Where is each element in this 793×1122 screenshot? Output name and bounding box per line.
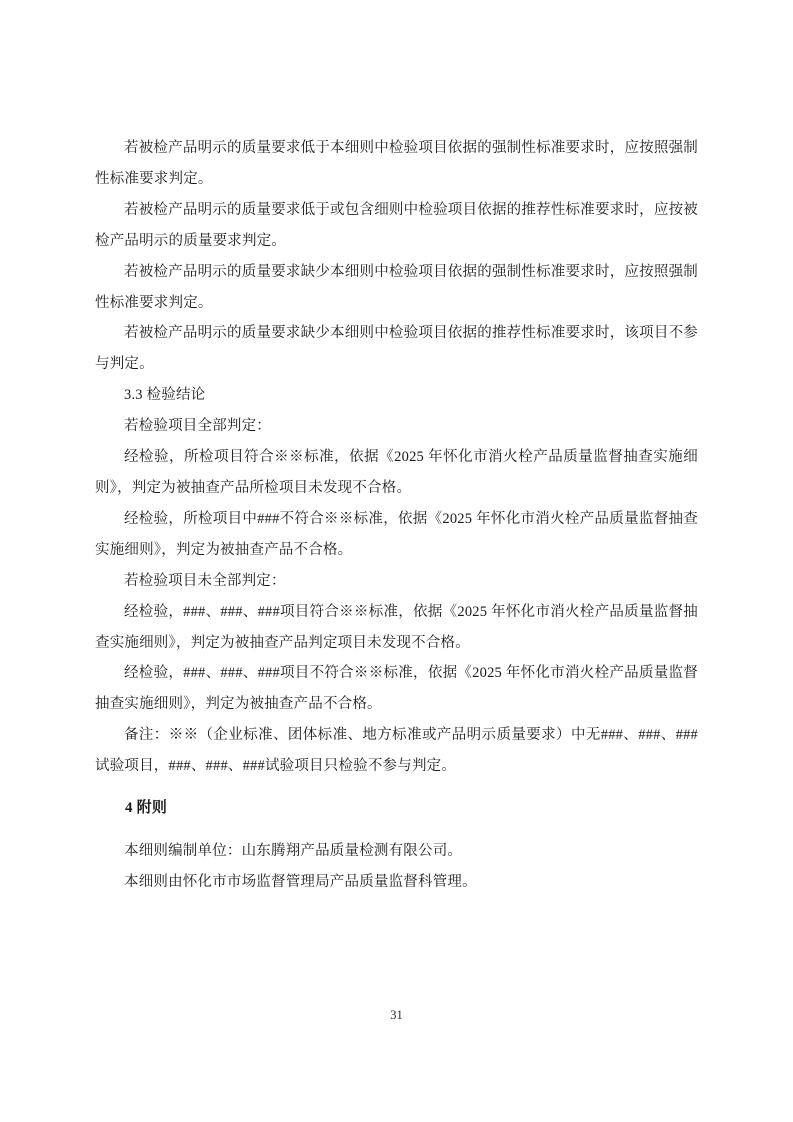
rule-paragraph-recommended-lower: 若被检产品明示的质量要求低于或包含细则中检验项目依据的推荐性标准要求时，应按被检… [95, 195, 698, 257]
document-body: 若被检产品明示的质量要求低于本细则中检验项目依据的强制性标准要求时，应按照强制性… [95, 133, 698, 898]
conclusion-remark: 备注：※※（企业标准、团体标准、地方标准或产品明示质量要求）中无###、###、… [95, 720, 698, 782]
compiler-unit-paragraph: 本细则编制单位：山东腾翔产品质量检测有限公司。 [95, 836, 698, 867]
section-3-3-heading: 3.3 检验结论 [95, 380, 698, 411]
page-number: 31 [0, 1008, 793, 1023]
rule-paragraph-recommended-missing: 若被检产品明示的质量要求缺少本细则中检验项目依据的推荐性标准要求时，该项目不参与… [95, 318, 698, 380]
management-unit-paragraph: 本细则由怀化市市场监督管理局产品质量监督科管理。 [95, 867, 698, 898]
conclusion-fail-statement: 经检验，所检项目中###不符合※※标准，依据《2025 年怀化市消火栓产品质量监… [95, 504, 698, 566]
document-page: 若被检产品明示的质量要求低于本细则中检验项目依据的强制性标准要求时，应按照强制性… [0, 0, 793, 1122]
rule-paragraph-mandatory-missing: 若被检产品明示的质量要求缺少本细则中检验项目依据的强制性标准要求时，应按照强制性… [95, 257, 698, 319]
conclusion-all-judged-intro: 若检验项目全部判定： [95, 411, 698, 442]
conclusion-partial-pass-statement: 经检验，###、###、###项目符合※※标准，依据《2025 年怀化市消火栓产… [95, 597, 698, 659]
conclusion-pass-statement: 经检验，所检项目符合※※标准，依据《2025 年怀化市消火栓产品质量监督抽查实施… [95, 442, 698, 504]
rule-paragraph-mandatory-lower: 若被检产品明示的质量要求低于本细则中检验项目依据的强制性标准要求时，应按照强制性… [95, 133, 698, 195]
section-4-heading: 4 附则 [95, 793, 698, 824]
conclusion-partial-judged-intro: 若检验项目未全部判定： [95, 566, 698, 597]
conclusion-partial-fail-statement: 经检验，###、###、###项目不符合※※标准，依据《2025 年怀化市消火栓… [95, 658, 698, 720]
